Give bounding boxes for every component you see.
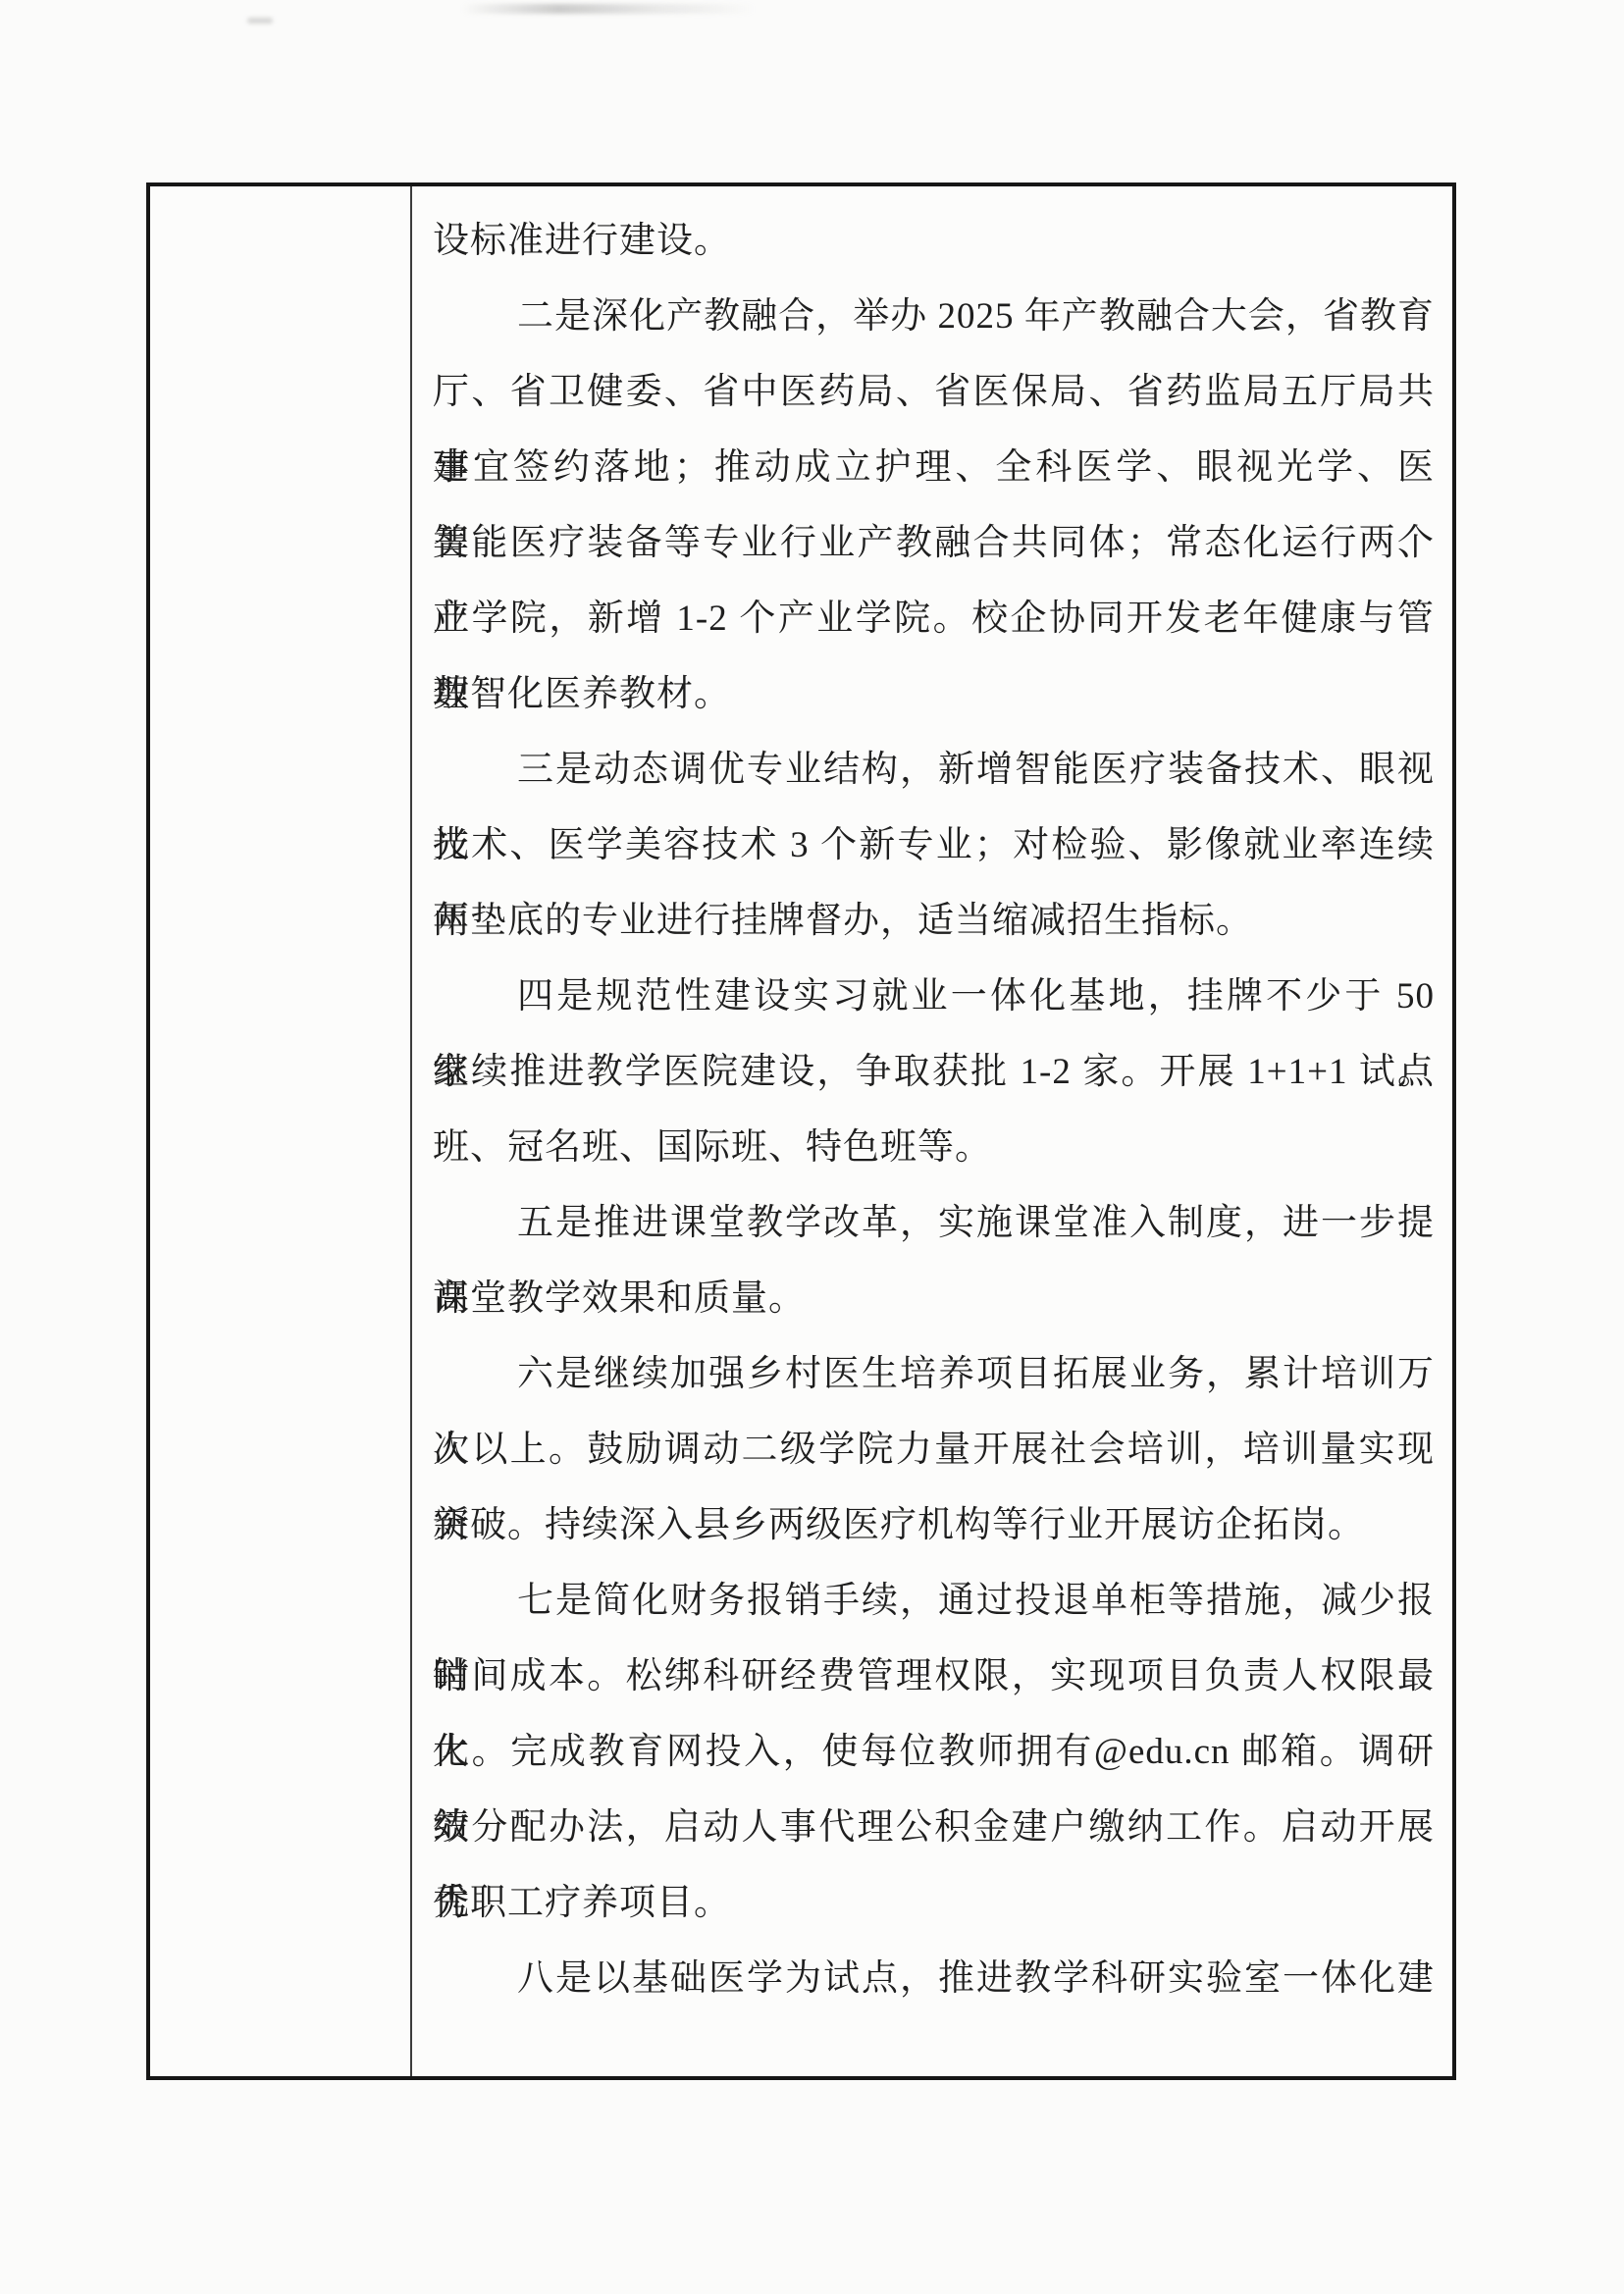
text-line: 智能医疗装备等专业行业产教融合共同体；常态化运行两个产 bbox=[433, 505, 1435, 581]
text-line: 继续推进教学医院建设，争取获批 1-2 家。开展 1+1+1 试点 bbox=[433, 1034, 1435, 1110]
text-line: 技术、医学美容技术 3 个新专业；对检验、影像就业率连续两 bbox=[433, 808, 1435, 883]
text-line: 化。完成教育网投入，使每位教师拥有@edu.cn 邮箱。调研绩 bbox=[433, 1714, 1435, 1790]
text-line: 时间成本。松绑科研经费管理权限，实现项目负责人权限最大 bbox=[433, 1639, 1435, 1714]
text-line: 突破。持续深入县乡两级医疗机构等行业开展访企拓岗。 bbox=[433, 1487, 1435, 1563]
text-line: 厅、省卫健委、省中医药局、省医保局、省药监局五厅局共建 bbox=[433, 354, 1435, 430]
text-line: 课堂教学效果和质量。 bbox=[433, 1261, 1435, 1336]
text-line: 事宜签约落地；推动成立护理、全科医学、眼视光学、医美、 bbox=[433, 430, 1435, 505]
text-line: 数智化医养教材。 bbox=[433, 656, 1435, 732]
text-line: 设标准进行建设。 bbox=[433, 203, 1435, 279]
text-line: 次以上。鼓励调动二级学院力量开展社会培训，培训量实现新 bbox=[433, 1412, 1435, 1487]
text-line: 七是简化财务报销手续，通过投退单柜等措施，减少报销 bbox=[433, 1563, 1435, 1639]
text-line: 四是规范性建设实习就业一体化基地，挂牌不少于 50 家。 bbox=[433, 959, 1435, 1034]
text-line: 效分配办法，启动人事代理公积金建户缴纳工作。启动开展优 bbox=[433, 1790, 1435, 1865]
scan-artifact bbox=[247, 18, 273, 24]
text-line: 三是动态调优专业结构，新增智能医疗装备技术、眼视光 bbox=[433, 732, 1435, 808]
text-line: 业学院，新增 1-2 个产业学院。校企协同开发老年健康与管理 bbox=[433, 581, 1435, 656]
text-line: 班、冠名班、国际班、特色班等。 bbox=[433, 1110, 1435, 1185]
text-line: 六是继续加强乡村医生培养项目拓展业务，累计培训万人 bbox=[433, 1336, 1435, 1412]
text-line: 年垫底的专业进行挂牌督办，适当缩减招生指标。 bbox=[433, 883, 1435, 959]
form-table: 设标准进行建设。 二是深化产教融合，举办 2025 年产教融合大会，省教育 厅、… bbox=[146, 182, 1456, 2080]
table-label-cell bbox=[150, 186, 412, 2076]
scanned-document-page: 设标准进行建设。 二是深化产教融合，举办 2025 年产教融合大会，省教育 厅、… bbox=[0, 0, 1624, 2294]
text-line: 五是推进课堂教学改革，实施课堂准入制度，进一步提高 bbox=[433, 1185, 1435, 1261]
scan-artifact bbox=[461, 4, 756, 14]
text-line: 秀职工疗养项目。 bbox=[433, 1865, 1435, 1941]
table-content-cell: 设标准进行建设。 二是深化产教融合，举办 2025 年产教融合大会，省教育 厅、… bbox=[414, 186, 1452, 2076]
text-line: 八是以基础医学为试点，推进教学科研实验室一体化建 bbox=[433, 1941, 1435, 2016]
text-line: 二是深化产教融合，举办 2025 年产教融合大会，省教育 bbox=[433, 279, 1435, 354]
